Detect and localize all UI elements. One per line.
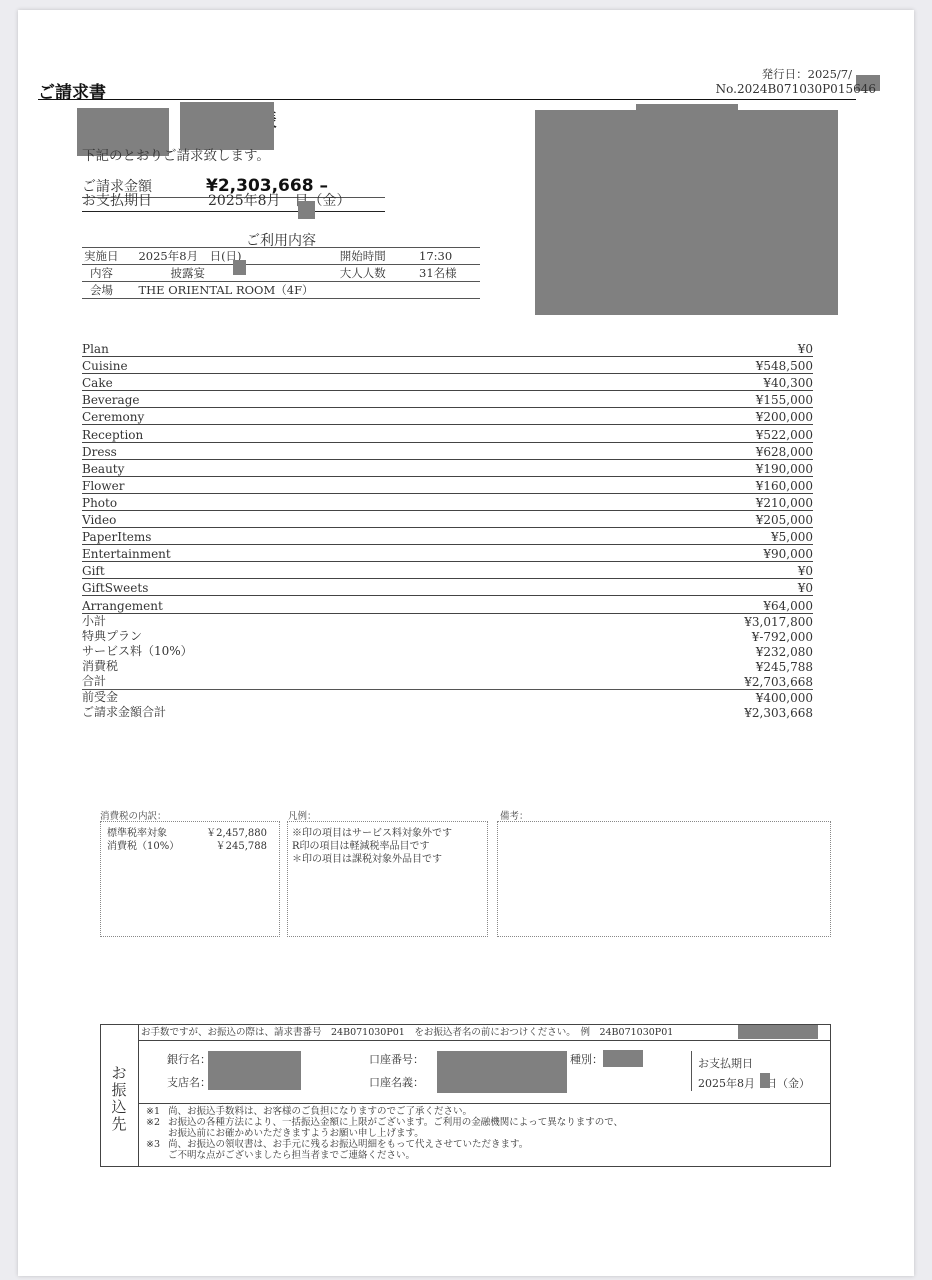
note-text: お振込前にお確かめいただきますようお願い申し上げます。 (168, 1128, 424, 1139)
line-item-amount: ¥205,000 (756, 513, 813, 527)
transfer-note-line: ※2お振込の各種方法により、一括振込金額に上限がございます。ご利用の金融機関によ… (146, 1117, 830, 1128)
total-amount: ¥-792,000 (752, 630, 813, 644)
tax-row-name: 消費税（10%） (107, 841, 179, 852)
line-item-name: Cuisine (82, 359, 128, 373)
line-item-amount: ¥628,000 (756, 445, 813, 459)
line-item-row: Plan¥0 (82, 340, 813, 357)
account-type-label: 種別： (570, 1051, 603, 1067)
line-item-name: Dress (82, 445, 117, 459)
redacted-company-block (535, 110, 838, 315)
line-item-amount: ¥522,000 (756, 428, 813, 442)
total-amount: ¥2,703,668 (744, 675, 813, 689)
total-row: サービス料（10%）¥232,080 (82, 644, 813, 659)
redacted-reference-example (738, 1025, 818, 1039)
usage-cell-l2: 大人人数 (320, 265, 405, 282)
tax-row-value: ￥2,457,880 (206, 827, 267, 840)
redacted-account-details (437, 1051, 567, 1093)
branch-name-label: 支店名： (167, 1074, 211, 1090)
line-item-amount: ¥200,000 (756, 410, 813, 424)
note-mark: ※3 (146, 1139, 168, 1150)
line-item-row: Video¥205,000 (82, 511, 813, 528)
tax-row-name: 標準税率対象 (107, 828, 167, 839)
remarks-label: 備考： (500, 808, 529, 822)
total-amount: ¥3,017,800 (744, 615, 813, 629)
payment-due-row: お支払期日 2025年8月 日（金） (82, 191, 385, 212)
line-item-amount: ¥0 (798, 581, 813, 595)
bank-transfer-section: お振込先 お手数ですが、お振込の際は、請求書番号 24B071030P01 をお… (100, 1024, 831, 1167)
total-row: 合計¥2,703,668 (82, 674, 813, 690)
redacted-due-day (298, 201, 315, 219)
total-amount: ¥400,000 (756, 691, 813, 705)
legend-line: ※印の項目はサービス料対象外です (292, 827, 487, 840)
note-mark: ※2 (146, 1117, 168, 1128)
total-amount: ¥2,303,668 (744, 706, 813, 720)
line-item-name: Plan (82, 342, 109, 356)
total-row: 消費税¥245,788 (82, 659, 813, 674)
line-item-name: Flower (82, 479, 125, 493)
line-item-name: Ceremony (82, 410, 144, 424)
usage-cell-v1: THE ORIENTAL ROOM（4F） (138, 282, 319, 299)
legend-label: 凡例： (288, 808, 317, 822)
remarks-box (497, 821, 831, 937)
invoice-number: No.2024B071030P015646 (716, 82, 876, 96)
issue-date: 発行日：2025/7/ (762, 66, 852, 82)
usage-cell-v1: 2025年8月 日(日) (138, 248, 319, 265)
line-item-row: Reception¥522,000 (82, 425, 813, 442)
line-item-name: Entertainment (82, 547, 171, 561)
tax-row: 消費税（10%）￥245,788 (107, 840, 267, 853)
header-rule (38, 99, 856, 100)
total-row: 前受金¥400,000 (82, 690, 813, 705)
total-row: 小計¥3,017,800 (82, 614, 813, 629)
total-amount: ¥232,080 (756, 645, 813, 659)
account-name-label: 口座名義： (369, 1074, 424, 1090)
usage-cell-v2: 17:30 (405, 248, 480, 265)
line-item-amount: ¥90,000 (763, 547, 813, 561)
line-item-row: Cake¥40,300 (82, 374, 813, 391)
bank-name-label: 銀行名： (167, 1051, 211, 1067)
note-text: ご不明な点がございましたら担当者までご連絡ください。 (168, 1150, 415, 1161)
redacted-event-day (233, 260, 246, 275)
line-item-amount: ¥160,000 (756, 479, 813, 493)
line-item-name: Arrangement (82, 599, 163, 613)
line-item-name: Beverage (82, 393, 139, 407)
redacted-transfer-due-day (760, 1073, 770, 1088)
usage-cell-v2 (405, 282, 480, 299)
line-item-amount: ¥40,300 (763, 376, 813, 390)
total-name: ご請求金額合計 (82, 703, 166, 720)
redacted-bank-name (208, 1051, 301, 1090)
line-item-row: Entertainment¥90,000 (82, 545, 813, 562)
note-text: 尚、お振込手数料は、お客様のご負担になりますのでご了承ください。 (168, 1106, 472, 1117)
usage-table: 実施日2025年8月 日(日)開始時間17:30内容披露宴大人人数31名様会場T… (82, 247, 480, 299)
lead-text: 下記のとおりご請求致します。 (82, 144, 270, 164)
account-number-label: 口座番号： (369, 1051, 424, 1067)
note-mark: ※1 (146, 1106, 168, 1117)
transfer-reference-note: お手数ですが、お振込の際は、請求書番号 24B071030P01 をお振込者名の… (138, 1025, 830, 1041)
line-item-row: Cuisine¥548,500 (82, 357, 813, 374)
tax-row: 標準税率対象￥2,457,880 (107, 827, 267, 840)
usage-cell-l1: 実施日 (82, 248, 138, 265)
usage-row: 内容披露宴大人人数31名様 (82, 265, 480, 282)
transfer-due-label: お支払期日 (698, 1055, 753, 1071)
line-item-row: Flower¥160,000 (82, 477, 813, 494)
usage-row: 会場THE ORIENTAL ROOM（4F） (82, 282, 480, 299)
line-item-amount: ¥190,000 (756, 462, 813, 476)
legend-box: ※印の項目はサービス料対象外ですR印の項目は軽減税率品目です＊印の項目は課税対象… (287, 821, 488, 937)
side-label-char: 先 (110, 1116, 128, 1133)
legend-line: ＊印の項目は課税対象外品目です (292, 853, 487, 866)
line-item-row: Beauty¥190,000 (82, 460, 813, 477)
line-item-amount: ¥210,000 (756, 496, 813, 510)
line-item-row: Dress¥628,000 (82, 443, 813, 460)
line-item-amount: ¥0 (798, 342, 813, 356)
line-item-amount: ¥5,000 (771, 530, 813, 544)
line-item-row: Beverage¥155,000 (82, 391, 813, 408)
redacted-company-block-top (636, 104, 738, 112)
total-row: ご請求金額合計¥2,303,668 (82, 705, 813, 720)
total-name: 合計 (82, 672, 106, 689)
line-item-row: PaperItems¥5,000 (82, 528, 813, 545)
due-divider (691, 1051, 692, 1091)
payment-due-value: 2025年8月 日（金） (208, 190, 351, 210)
tax-breakdown-box: 標準税率対象￥2,457,880消費税（10%）￥245,788 (100, 821, 280, 937)
line-item-row: GiftSweets¥0 (82, 579, 813, 596)
usage-cell-l2 (320, 282, 405, 299)
line-items: Plan¥0Cuisine¥548,500Cake¥40,300Beverage… (82, 340, 813, 720)
line-item-row: Arrangement¥64,000 (82, 596, 813, 613)
redacted-account-type (603, 1050, 643, 1067)
tax-row-value: ￥245,788 (216, 840, 267, 853)
transfer-note-line: お振込前にお確かめいただきますようお願い申し上げます。 (146, 1128, 830, 1139)
line-item-name: Reception (82, 428, 143, 442)
line-item-row: Photo¥210,000 (82, 494, 813, 511)
line-item-name: PaperItems (82, 530, 151, 544)
transfer-note-line: ※3尚、お振込の領収書は、お手元に残るお振込明細をもって代えさせていただきます。 (146, 1139, 830, 1150)
transfer-due-value: 2025年8月 日（金） (698, 1075, 810, 1091)
line-item-name: Cake (82, 376, 113, 390)
line-item-row: Ceremony¥200,000 (82, 408, 813, 425)
side-label-char: お (110, 1065, 128, 1082)
line-item-name: Video (82, 513, 116, 527)
transfer-note-line: ご不明な点がございましたら担当者までご連絡ください。 (146, 1150, 830, 1161)
line-item-amount: ¥155,000 (756, 393, 813, 407)
line-item-name: Gift (82, 564, 105, 578)
payment-due-label: お支払期日 (82, 190, 152, 210)
redacted-recipient-name-2 (180, 102, 274, 150)
line-item-name: Beauty (82, 462, 124, 476)
line-item-name: GiftSweets (82, 581, 148, 595)
transfer-notes: ※1尚、お振込手数料は、お客様のご負担になりますのでご了承ください。※2お振込の… (138, 1104, 830, 1166)
usage-cell-v2: 31名様 (405, 265, 480, 282)
usage-cell-v1: 披露宴 (138, 265, 319, 282)
line-item-row: Gift¥0 (82, 562, 813, 579)
usage-cell-l1: 会場 (82, 282, 138, 299)
line-item-amount: ¥64,000 (763, 599, 813, 613)
usage-cell-l1: 内容 (82, 265, 138, 282)
line-item-amount: ¥548,500 (756, 359, 813, 373)
usage-cell-l2: 開始時間 (320, 248, 405, 265)
usage-row: 実施日2025年8月 日(日)開始時間17:30 (82, 248, 480, 265)
transfer-note-line: ※1尚、お振込手数料は、お客様のご負担になりますのでご了承ください。 (146, 1106, 830, 1117)
side-label-char: 込 (110, 1099, 128, 1116)
tax-breakdown-label: 消費税の内訳： (100, 808, 167, 822)
note-text: お振込の各種方法により、一括振込金額に上限がございます。ご利用の金融機関によって… (168, 1117, 623, 1128)
note-text: 尚、お振込の領収書は、お手元に残るお振込明細をもって代えさせていただきます。 (168, 1139, 528, 1150)
legend-line: R印の項目は軽減税率品目です (292, 840, 487, 853)
line-item-amount: ¥0 (798, 564, 813, 578)
total-amount: ¥245,788 (756, 660, 813, 674)
line-item-name: Photo (82, 496, 117, 510)
side-label-char: 振 (110, 1082, 128, 1099)
transfer-side-label: お振込先 (101, 1025, 139, 1166)
